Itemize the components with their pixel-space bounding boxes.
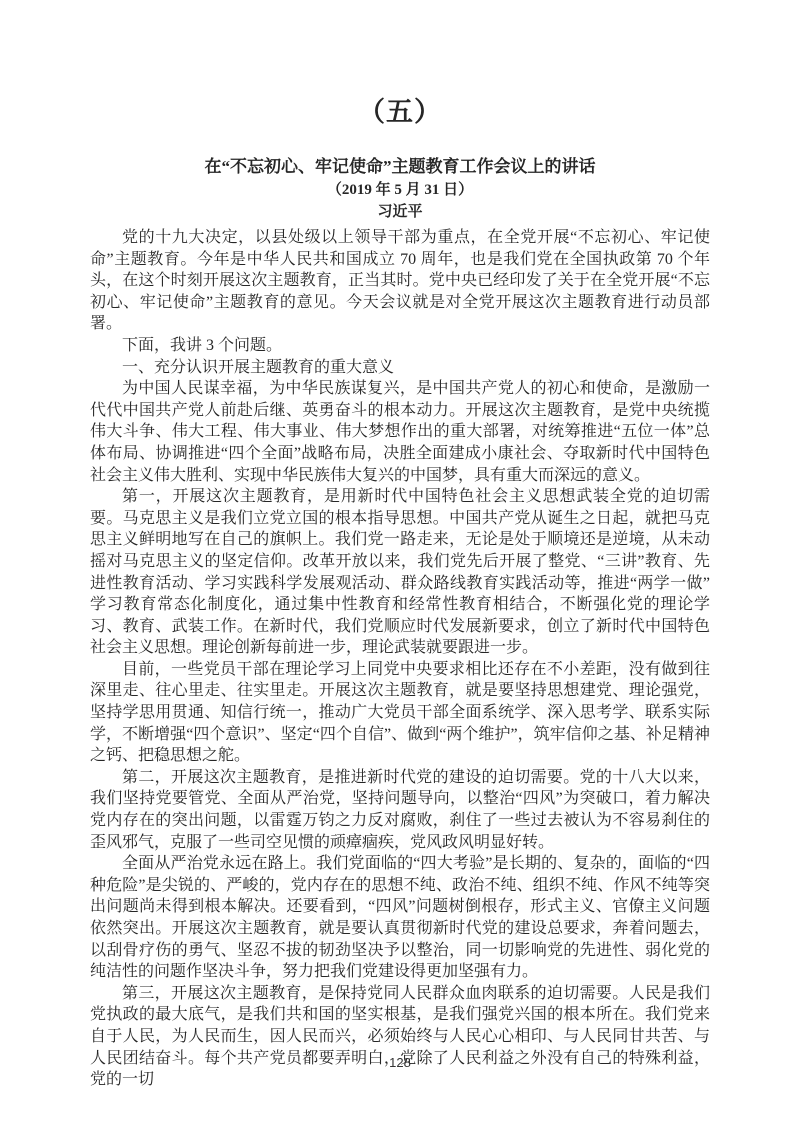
section-heading: 一、充分认识开展主题教育的重大意义 bbox=[90, 357, 710, 379]
paragraph: 为中国人民谋幸福，为中华民族谋复兴，是中国共产党人的初心和使命，是激励一代代中国… bbox=[90, 378, 710, 486]
paragraph: 目前，一些党员干部在理论学习上同党中央要求相比还存在不小差距，没有做到往深里走、… bbox=[90, 659, 710, 767]
paragraph: 第三，开展这次主题教育，是保持党同人民群众血肉联系的迫切需要。人民是我们党执政的… bbox=[90, 983, 710, 1091]
document-body: 党的十九大决定，以县处级以上领导干部为重点，在全党开展“不忘初心、牢记使命”主题… bbox=[90, 227, 710, 1091]
document-content: （五） 在“不忘初心、牢记使命”主题教育工作会议上的讲话 （2019 年 5 月… bbox=[90, 0, 710, 1091]
document-date: （2019 年 5 月 31 日） bbox=[90, 179, 710, 201]
page-number: 128 bbox=[0, 1055, 800, 1071]
paragraph: 党的十九大决定，以县处级以上领导干部为重点，在全党开展“不忘初心、牢记使命”主题… bbox=[90, 227, 710, 335]
paragraph: 下面，我讲 3 个问题。 bbox=[90, 335, 710, 357]
paragraph: 第一，开展这次主题教育，是用新时代中国特色社会主义思想武装全党的迫切需要。马克思… bbox=[90, 486, 710, 659]
chapter-number-title: （五） bbox=[90, 0, 710, 129]
document-title: 在“不忘初心、牢记使命”主题教育工作会议上的讲话 bbox=[90, 155, 710, 179]
document-page: （五） 在“不忘初心、牢记使命”主题教育工作会议上的讲话 （2019 年 5 月… bbox=[0, 0, 800, 1133]
document-author: 习近平 bbox=[90, 201, 710, 223]
paragraph: 第二，开展这次主题教育，是推进新时代党的建设的迫切需要。党的十八大以来，我们坚持… bbox=[90, 767, 710, 853]
paragraph: 全面从严治党永远在路上。我们党面临的“四大考验”是长期的、复杂的，面临的“四种危… bbox=[90, 853, 710, 983]
